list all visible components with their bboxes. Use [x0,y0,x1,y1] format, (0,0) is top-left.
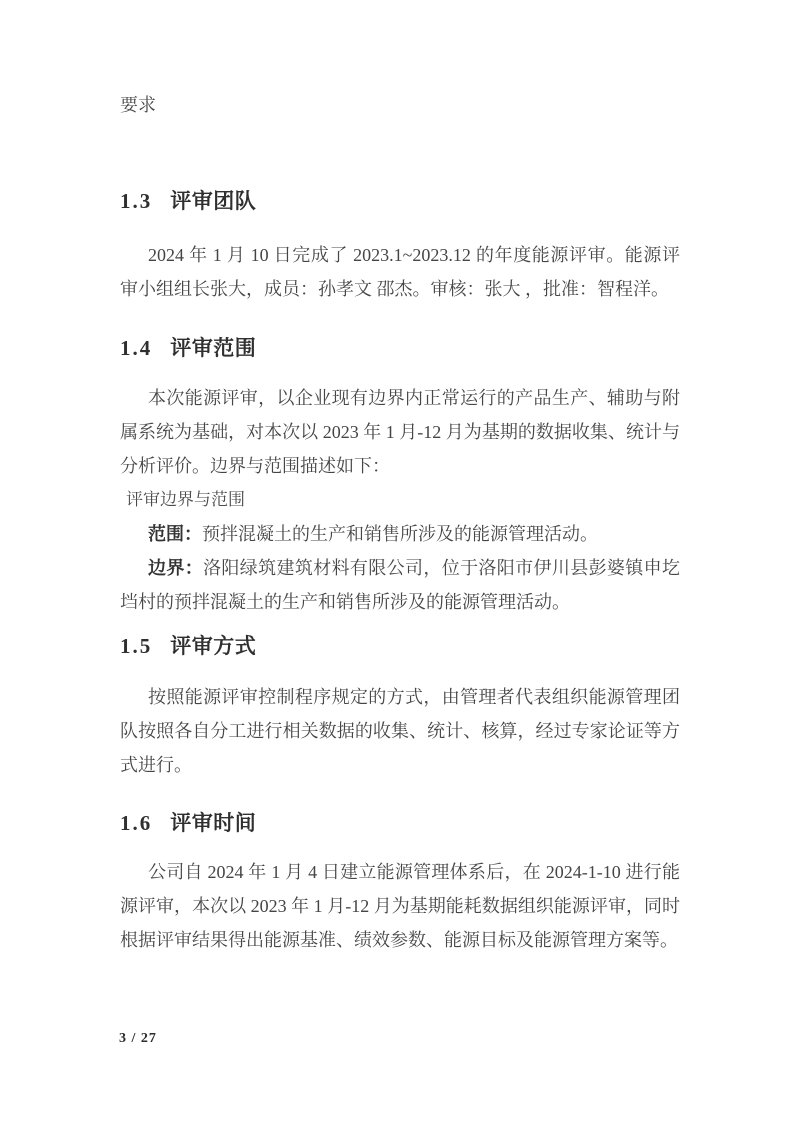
section-heading-1-4: 1.4评审范围 [120,333,680,363]
boundary-scope-caption: 评审边界与范围 [120,483,680,517]
boundary-paragraph: 边界：洛阳绿筑建筑材料有限公司，位于洛阳市伊川县彭婆镇申圪垱村的预拌混凝土的生产… [120,551,680,619]
heading-title: 评审时间 [170,811,256,835]
heading-title: 评审范围 [170,336,256,360]
page-number-footer: 3 / 27 [119,1030,157,1048]
heading-title: 评审团队 [170,189,256,213]
section-1-5-paragraph: 按照能源评审控制程序规定的方式，由管理者代表组织能源管理团队按照各自分工进行相关… [120,680,680,782]
heading-number: 1.3 [120,189,152,213]
section-heading-1-5: 1.5评审方式 [120,631,680,661]
section-1-4-paragraph: 本次能源评审，以企业现有边界内正常运行的产品生产、辅助与附属系统为基础，对本次以… [120,381,680,483]
document-page: 要求 1.3评审团队 2024 年 1 月 10 日完成了 2023.1~202… [0,0,800,1130]
section-1-6-paragraph: 公司自 2024 年 1 月 4 日建立能源管理体系后，在 2024-1-10 … [120,855,680,957]
scope-paragraph: 范围：预拌混凝土的生产和销售所涉及的能源管理活动。 [120,517,680,551]
scope-label: 范围： [148,524,202,544]
section-heading-1-6: 1.6评审时间 [120,808,680,838]
heading-title: 评审方式 [170,634,256,658]
heading-number: 1.5 [120,634,152,658]
boundary-text: 洛阳绿筑建筑材料有限公司，位于洛阳市伊川县彭婆镇申圪垱村的预拌混凝土的生产和销售… [120,558,680,612]
section-heading-1-3: 1.3评审团队 [120,186,680,216]
boundary-label: 边界： [148,558,203,578]
scope-text: 预拌混凝土的生产和销售所涉及的能源管理活动。 [202,524,598,544]
heading-number: 1.6 [120,811,152,835]
section-1-3-paragraph: 2024 年 1 月 10 日完成了 2023.1~2023.12 的年度能源评… [120,238,680,306]
text-block: 要求 1.3评审团队 2024 年 1 月 10 日完成了 2023.1~202… [120,0,680,957]
leading-paragraph-fragment: 要求 [120,88,680,122]
heading-number: 1.4 [120,336,152,360]
